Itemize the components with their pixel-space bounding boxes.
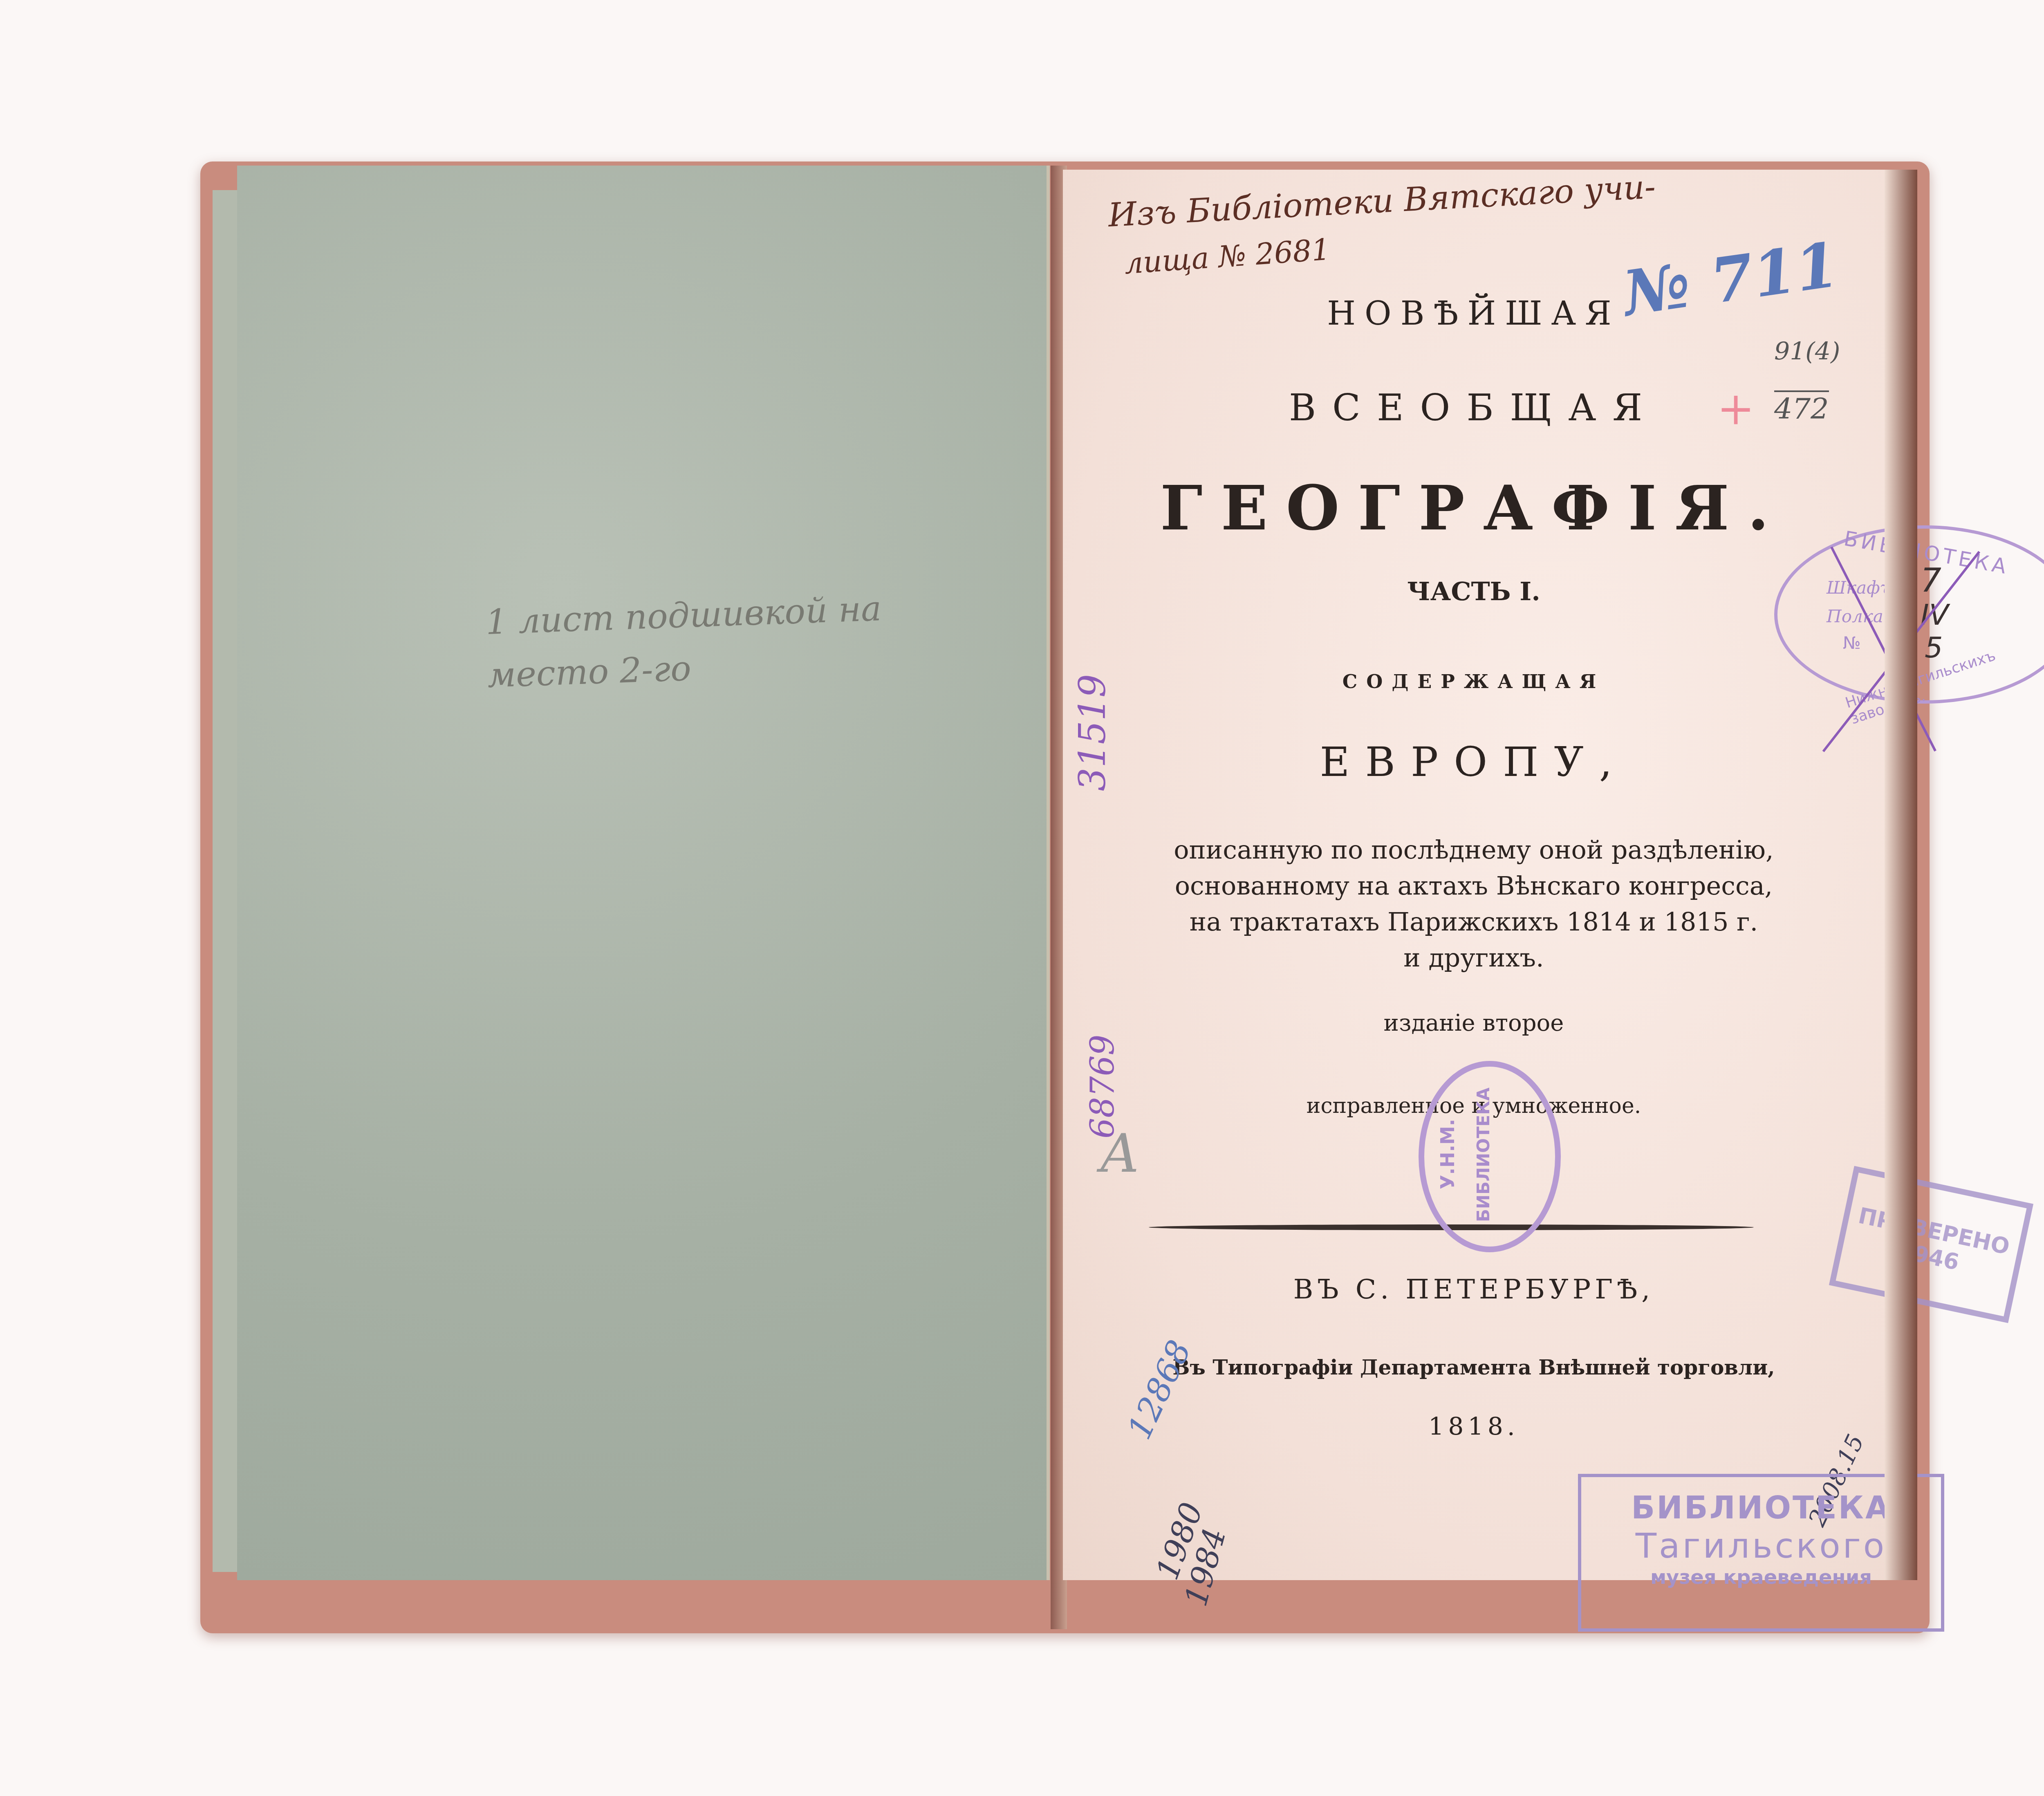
description-line: основанному на актахъ Вѣнскаго конгресса…	[1063, 868, 1885, 904]
stamp-ring-text: Нижне-Тагильскихъ заводовъ.	[1843, 625, 2044, 727]
red-plus-mark: +	[1717, 382, 1755, 435]
library-stamp-oval-left: У.Н.М. БИБЛИОТЕКА	[1419, 1061, 1561, 1252]
left-endpaper	[237, 166, 1050, 1580]
page-edge	[1885, 170, 1917, 1580]
verification-stamp-text: ПРОВЕРЕНО 1946	[1842, 1173, 2027, 1287]
book: НОВѢЙШАЯ ВСЕОБЩАЯ ГЕОГРАФІЯ. ЧАСТЬ I. СО…	[200, 161, 1930, 1633]
endpaper-flap	[213, 190, 237, 1572]
city-label: ВЪ С. ПЕТЕРБУРГѢ,	[1063, 1274, 1885, 1305]
description: описанную по послѣднему оной раздѣленію,…	[1063, 832, 1885, 976]
containing-label: СОДЕРЖАЩАЯ	[1063, 670, 1885, 693]
description-line: описанную по послѣднему оной раздѣленію,	[1063, 832, 1885, 868]
pencil-note: 1 лист подшивкой на место 2-го	[485, 582, 884, 702]
handwritten-provenance-line-2: лища № 2681	[1123, 232, 1331, 281]
shelf-mark-bottom: 472	[1774, 390, 1829, 426]
shelf-mark-top: 91(4)	[1774, 337, 1840, 366]
europe-label: ЕВРОПУ,	[1063, 738, 1885, 786]
description-line: и другихъ.	[1063, 940, 1885, 976]
handwritten-provenance-line-1: Изъ Библіотеки Вятскаго учи-	[1107, 168, 1656, 234]
stamp-oval-left-line2: БИБЛИОТЕКА	[1473, 1087, 1493, 1222]
stamp-polka-label: Полка	[1827, 606, 1883, 626]
title-line-2: ВСЕОБЩАЯ	[1063, 386, 1885, 429]
pencil-letter: А	[1100, 1122, 1140, 1184]
stamp-shelf-label: Шкафъ	[1827, 578, 1892, 598]
title-page: НОВѢЙШАЯ ВСЕОБЩАЯ ГЕОГРАФІЯ. ЧАСТЬ I. СО…	[1063, 170, 1885, 1580]
vertical-number-31519: 31519	[1071, 674, 1114, 791]
stamp-number-label: №	[1843, 633, 1861, 653]
stamp-oval-left-line1: У.Н.М.	[1437, 1119, 1459, 1189]
stamp-number-value: 5	[1925, 631, 1943, 664]
year-label: 1818.	[1063, 1413, 1885, 1441]
stamp-shelf-value: 7	[1921, 561, 1941, 599]
edition-label: изданіе второе	[1063, 1010, 1885, 1036]
description-line: на трактатахъ Парижскихъ 1814 и 1815 г.	[1063, 904, 1885, 940]
part-label: ЧАСТЬ I.	[1063, 576, 1885, 606]
stamp-polka-value: IV	[1921, 598, 1949, 632]
title-line-3: ГЕОГРАФІЯ.	[1063, 472, 1885, 544]
